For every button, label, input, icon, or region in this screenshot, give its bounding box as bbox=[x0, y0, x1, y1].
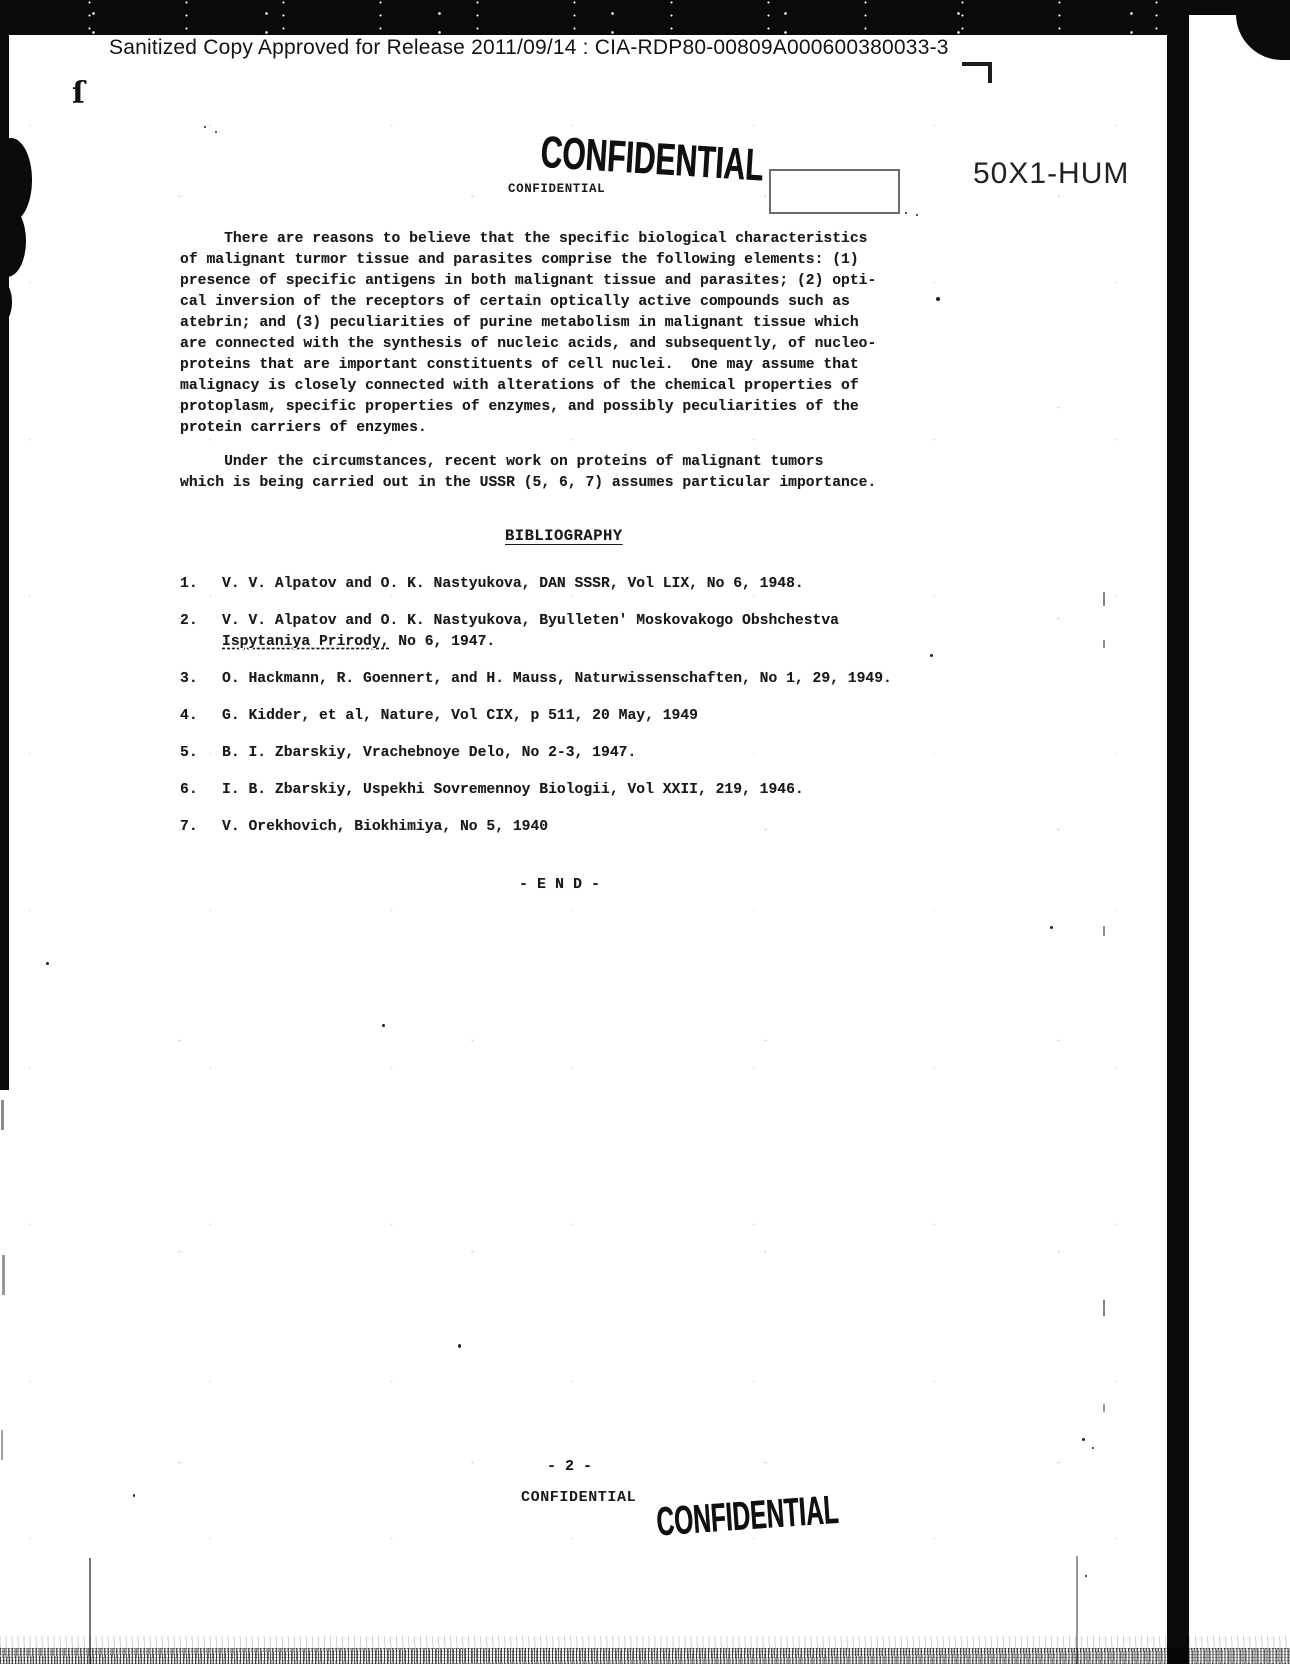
bibliography-item-text: I. B. Zbarskiy, Uspekhi Sovremennoy Biol… bbox=[222, 780, 804, 801]
end-marker: - E N D - bbox=[519, 876, 600, 893]
speck bbox=[204, 126, 206, 128]
bibliography-item-text: G. Kidder, et al, Nature, Vol CIX, p 511… bbox=[222, 706, 698, 727]
bibliography-heading: BIBLIOGRAPHY bbox=[505, 527, 623, 545]
bibliography-item-text: B. I. Zbarskiy, Vrachebnoye Delo, No 2-3… bbox=[222, 743, 636, 764]
paragraph-1: There are reasons to believe that the sp… bbox=[180, 229, 876, 439]
page-number: - 2 - bbox=[547, 1458, 592, 1475]
release-banner: Sanitized Copy Approved for Release 2011… bbox=[109, 36, 949, 60]
confidential-stamp-bottom: CONFIDENTIAL bbox=[655, 1483, 925, 1538]
speck bbox=[930, 654, 933, 657]
bibliography-list: 1.V. V. Alpatov and O. K. Nastyukova, DA… bbox=[180, 574, 940, 854]
speck bbox=[458, 1344, 461, 1348]
redaction-box bbox=[769, 169, 900, 214]
confidential-typed-top: CONFIDENTIAL bbox=[508, 182, 605, 196]
corner-crop-mark bbox=[962, 62, 992, 83]
scan-dash bbox=[1103, 1404, 1105, 1412]
bibliography-item: 7.V. Orekhovich, Biokhimiya, No 5, 1940 bbox=[180, 817, 940, 838]
scanned-document-page: Sanitized Copy Approved for Release 2011… bbox=[0, 0, 1290, 1664]
bibliography-item-text: V. V. Alpatov and O. K. Nastyukova, DAN … bbox=[222, 574, 804, 595]
bibliography-item-text: V. V. Alpatov and O. K. Nastyukova, Byul… bbox=[222, 611, 839, 653]
speck bbox=[46, 962, 49, 965]
stray-pen-mark: ſ bbox=[72, 76, 85, 111]
speck bbox=[1082, 1438, 1085, 1441]
speck bbox=[133, 1494, 135, 1497]
bibliography-item-number: 3. bbox=[180, 669, 222, 690]
bibliography-item-text: O. Hackmann, R. Goennert, and H. Mauss, … bbox=[222, 669, 892, 690]
bibliography-item-number: 5. bbox=[180, 743, 222, 764]
speck bbox=[905, 212, 907, 214]
bibliography-item-number: 7. bbox=[180, 817, 222, 838]
speck bbox=[916, 214, 918, 216]
bibliography-item: 2.V. V. Alpatov and O. K. Nastyukova, By… bbox=[180, 611, 940, 653]
scan-dash bbox=[1103, 926, 1105, 936]
scan-right-edge bbox=[1167, 0, 1189, 1664]
bibliography-item-number: 2. bbox=[180, 611, 222, 653]
scan-dash bbox=[1, 1430, 3, 1460]
scan-left-blob bbox=[0, 282, 12, 322]
bibliography-item-text: V. Orekhovich, Biokhimiya, No 5, 1940 bbox=[222, 817, 548, 838]
scan-top-edge bbox=[0, 0, 1188, 35]
scan-dash bbox=[1103, 1300, 1105, 1316]
bibliography-item: 3.O. Hackmann, R. Goennert, and H. Mauss… bbox=[180, 669, 940, 690]
speck bbox=[1050, 926, 1053, 929]
bibliography-item: 5.B. I. Zbarskiy, Vrachebnoye Delo, No 2… bbox=[180, 743, 940, 764]
bibliography-item-number: 4. bbox=[180, 706, 222, 727]
confidential-typed-bottom: CONFIDENTIAL bbox=[521, 1489, 636, 1506]
confidential-stamp-text: CONFIDENTIAL bbox=[655, 1489, 840, 1542]
speck bbox=[382, 1024, 385, 1027]
scan-dash bbox=[1, 1100, 4, 1130]
bibliography-item: 1.V. V. Alpatov and O. K. Nastyukova, DA… bbox=[180, 574, 940, 595]
speck bbox=[936, 297, 940, 301]
scan-dash bbox=[2, 1255, 5, 1295]
speck bbox=[1092, 1447, 1094, 1449]
bibliography-item-number: 1. bbox=[180, 574, 222, 595]
scan-dash bbox=[1103, 640, 1105, 648]
bibliography-item-number: 6. bbox=[180, 780, 222, 801]
scan-bottom-noise bbox=[0, 1648, 1290, 1664]
paragraph-2: Under the circumstances, recent work on … bbox=[180, 452, 876, 494]
scan-corner-top-right bbox=[1236, 0, 1290, 60]
scan-left-blob bbox=[0, 205, 26, 277]
bibliography-item: 6.I. B. Zbarskiy, Uspekhi Sovremennoy Bi… bbox=[180, 780, 940, 801]
declass-marking: 50X1-HUM bbox=[973, 157, 1129, 191]
scan-dash bbox=[1103, 592, 1105, 606]
speck bbox=[1085, 1575, 1087, 1577]
speck bbox=[215, 131, 217, 133]
bibliography-item: 4.G. Kidder, et al, Nature, Vol CIX, p 5… bbox=[180, 706, 940, 727]
confidential-stamp-text: CONFIDENTIAL bbox=[539, 130, 765, 188]
scan-corner-top-left bbox=[9, 35, 61, 87]
